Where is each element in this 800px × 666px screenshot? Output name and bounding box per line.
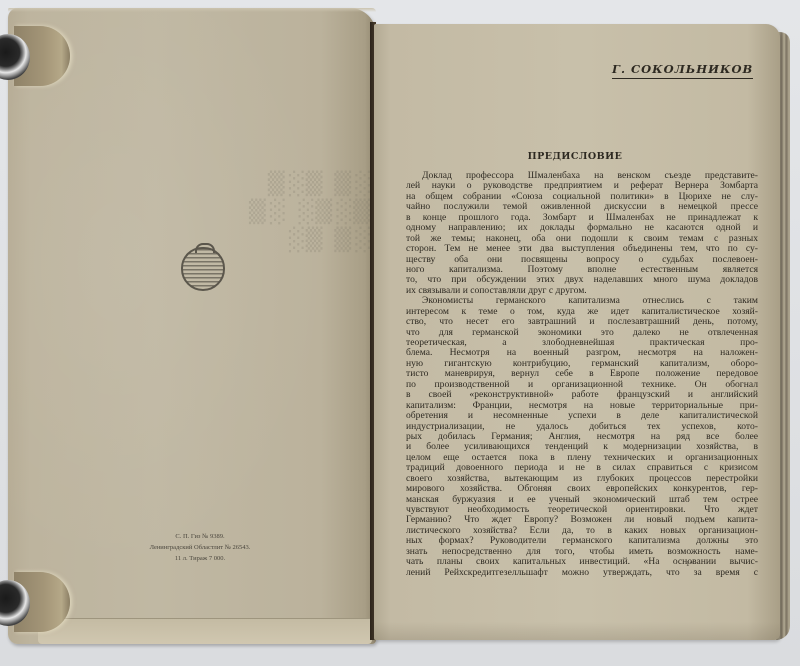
right-page-bottom-shade <box>374 622 780 640</box>
text-line: обретения и несомненные успехи в деле ка… <box>406 411 758 421</box>
text-line: то, что при обсуждении этих двух наделав… <box>406 275 758 285</box>
text-line: листического хозяйства? Если да, то в ка… <box>406 526 758 536</box>
text-line: в своей «реконструктивной» работе францу… <box>406 390 758 400</box>
text-line: чать планы своих капитальных инвестиций.… <box>406 557 758 567</box>
left-page-deckle-edge <box>8 8 376 12</box>
binder-clip-icon <box>0 22 70 92</box>
text-line: ществу оба они посвящены вопросу о судьб… <box>406 255 758 265</box>
text-line: по производственной и организационной те… <box>406 380 758 390</box>
text-line: их связывали и сопоставляли друг с друго… <box>406 286 758 296</box>
text-line: Доклад профессора Шмаленбаха на венском … <box>406 171 758 181</box>
text-line: ство, что несет его завтрашний и послеза… <box>406 317 758 327</box>
text-line: что для германской экономики это далеко … <box>406 328 758 338</box>
text-line: знать непосредственно для того, чтобы им… <box>406 547 758 557</box>
library-stamp-icon <box>181 247 225 291</box>
text-line: сторон. Тем не менее эти два выступления… <box>406 244 758 254</box>
imprint-line: С. П. Гиз № 9389. <box>120 531 280 542</box>
text-line: и более усиливающихся тенденций к модерн… <box>406 442 758 452</box>
book-scan-scene: ░▒ ▒░▒▒░▒░ ░▒░▒ ▒░ С. П. Гиз № 9389. Лен… <box>0 0 800 666</box>
body-text: Доклад профессора Шмаленбаха на венском … <box>406 171 758 578</box>
imprint-line: Ленинградский Областлит № 26543. <box>120 542 280 553</box>
text-line: на общем собрании «Союза социальной поли… <box>406 192 758 202</box>
left-page-bottom-edge <box>38 618 372 644</box>
chapter-title: ПРЕДИСЛОВИЕ <box>385 151 765 162</box>
imprint-line: 11 л. Тираж 7 000. <box>120 553 280 564</box>
text-line: ного капитализма. Поэтому вполне естеств… <box>406 265 758 275</box>
imprint-block: С. П. Гиз № 9389. Ленинградский Областли… <box>120 531 280 564</box>
text-line: ную гигантскую контрибуцию, германский к… <box>406 359 758 369</box>
text-line: той же темы; наконец, оба они подошли к … <box>406 234 758 244</box>
binder-clip-icon <box>0 568 70 638</box>
text-line: индустриализации, не удалось добиться те… <box>406 422 758 432</box>
text-line: целом еще остается пока в плену техничес… <box>406 453 758 463</box>
text-line: традиций довоенного периода и не в силах… <box>406 463 758 473</box>
text-line: тисто маневрируя, вернул себе в Европе п… <box>406 369 758 379</box>
text-line: теоретическая, а злободневнейшая практич… <box>406 338 758 348</box>
text-line: чувствуют необходимость теоретической ор… <box>406 505 758 515</box>
text-line: блема. Несмотря на военный разгром, несм… <box>406 348 758 358</box>
text-line: Германию? Что ждет Европу? Возможен ли н… <box>406 515 758 525</box>
text-line: интересом к теме о том, куда же идет кап… <box>406 307 758 317</box>
text-line: лей науки о руководстве предприятием и р… <box>406 181 758 191</box>
text-line: капитализм: Франции, несмотря на новые т… <box>406 401 758 411</box>
text-line: своего хозяйства, вытекающим из глубоких… <box>406 474 758 484</box>
running-head-author: Г. СОКОЛЬНИКОВ <box>612 62 753 79</box>
show-through-ghost-text: ░▒ ▒░▒▒░▒░ ░▒░▒ ▒░ <box>180 170 370 254</box>
text-line: одному направлению; их доклады формально… <box>406 223 758 233</box>
text-line: манская буржуазия и ее ученый экономичес… <box>406 495 758 505</box>
text-line: мирового хозяйства. Обгоняя своих европе… <box>406 484 758 494</box>
text-line: Экономисты германского капитализма отнес… <box>406 296 758 306</box>
text-line: ных формах? Руководители германского кап… <box>406 536 758 546</box>
page-signature-mark: 1* <box>686 560 693 568</box>
text-line: рых добилась Германия; Англия, несмотря … <box>406 432 758 442</box>
text-line: в конце прошлого года. Зомбарт и Шмаленб… <box>406 213 758 223</box>
text-line: чайно послужили темой оживленной дискусс… <box>406 202 758 212</box>
text-line: лений Рейхскредитгезелльшафт можно утвер… <box>406 568 758 578</box>
